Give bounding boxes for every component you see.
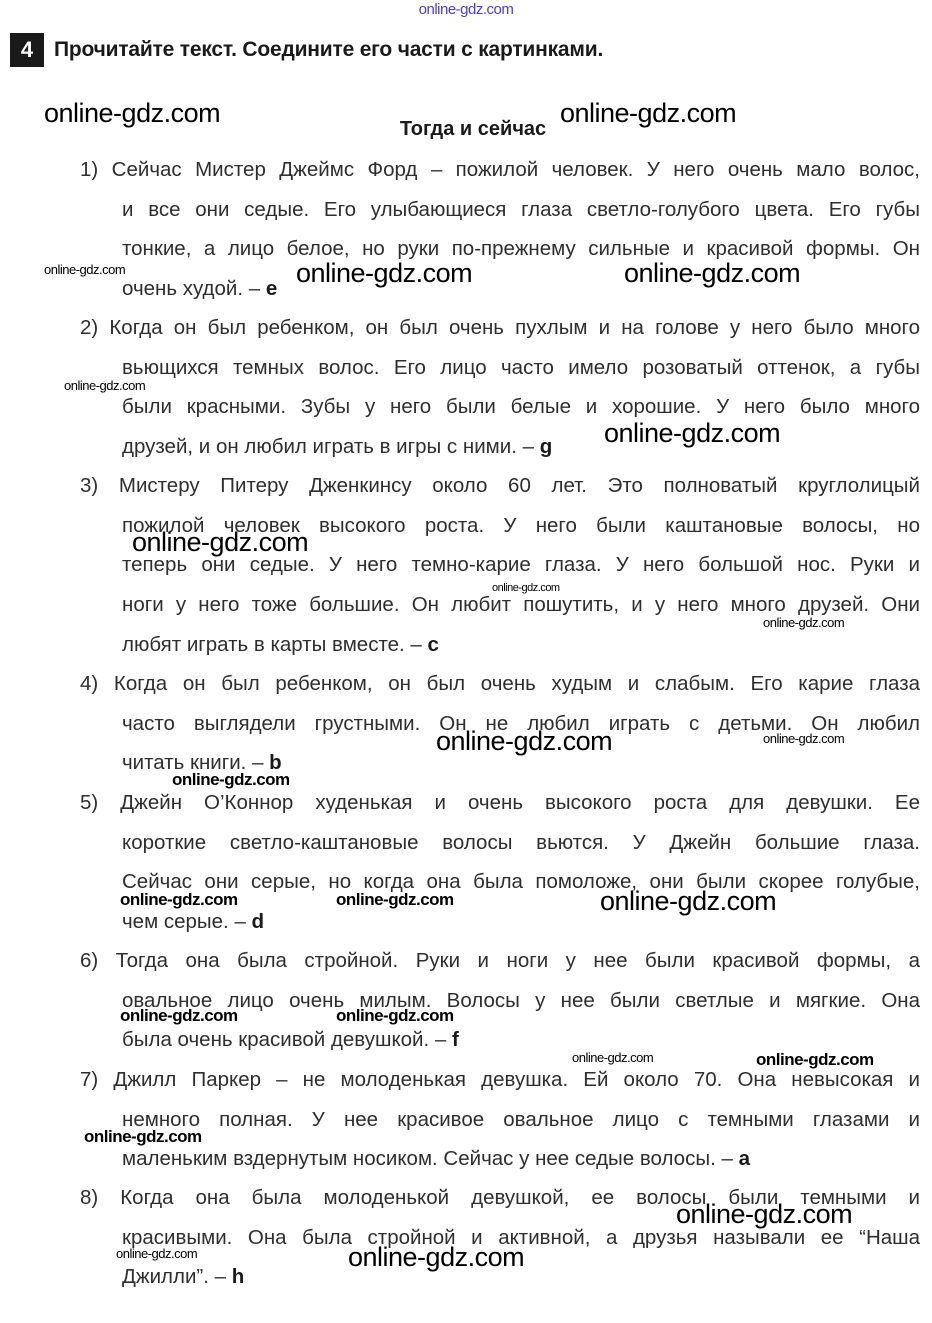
watermark: online-gdz.com [44,98,220,129]
paragraph-3: 3) Мистеру Питеру Дженкинсу около 60 лет… [80,471,920,669]
line-text: и все они седые. Его улыбающиеся глаза с… [122,198,920,221]
watermark: online-gdz.com [132,527,308,558]
line-text: была очень красивой девушкой. – [122,1028,452,1051]
watermark: online-gdz.com [336,1006,454,1026]
paragraph-line: 4) Когда он был ребенком, он был очень х… [80,669,920,709]
answer-letter: c [428,633,439,656]
paragraph-line: друзей, и он любил играть в игры с ними.… [80,432,920,472]
line-text: 1) Сейчас Мистер Джеймс Форд – пожилой ч… [80,158,920,181]
paragraph-line: и все они седые. Его улыбающиеся глаза с… [80,195,920,235]
answer-letter: g [540,435,553,458]
watermark: online-gdz.com [600,886,776,917]
watermark: online-gdz.com [116,1246,197,1261]
answer-letter: a [739,1147,750,1170]
answer-letter: e [266,277,277,300]
watermark: online-gdz.com [296,258,472,289]
watermark: online-gdz.com [64,378,145,393]
task-header: 4 Прочитайте текст. Соедините его части … [10,33,603,67]
task-instruction: Прочитайте текст. Соедините его части с … [54,38,603,62]
watermark: online-gdz.com [763,615,844,630]
answer-letter: f [452,1028,459,1051]
watermark: online-gdz.com [624,258,800,289]
paragraph-1: 1) Сейчас Мистер Джеймс Форд – пожилой ч… [80,155,920,314]
line-text: Джилли”. – [122,1265,232,1288]
watermark: online-gdz.com [44,262,125,277]
line-text: 3) Мистеру Питеру Дженкинсу около 60 лет… [80,474,920,497]
watermark: online-gdz.com [348,1242,524,1273]
paragraph-line: 1) Сейчас Мистер Джеймс Форд – пожилой ч… [80,155,920,195]
paragraph-7: 7) Джилл Паркер – не молоденькая девушка… [80,1065,920,1184]
line-text: короткие светло-каштановые волосы вьются… [122,831,920,854]
line-text: 2) Когда он был ребенком, он был очень п… [80,316,920,339]
paragraph-line: 3) Мистеру Питеру Дженкинсу около 60 лет… [80,471,920,511]
watermark: online-gdz.com [756,1050,874,1070]
line-text: любят играть в карты вместе. – [122,633,428,656]
watermark: online-gdz.com [436,726,612,757]
paragraph-line: были красными. Зубы у него были белые и … [80,392,920,432]
watermark: online-gdz.com [572,1050,653,1065]
line-text: очень худой. – [122,277,266,300]
watermark: online-gdz.com [84,1127,202,1147]
site-watermark-top: online-gdz.com [0,1,932,18]
line-text: 5) Джейн О’Коннор худенькая и очень высо… [80,791,920,814]
answer-letter: h [232,1265,245,1288]
watermark: online-gdz.com [604,418,780,449]
line-text: вьющихся темных волос. Его лицо часто им… [122,356,920,379]
watermark: online-gdz.com [120,1006,238,1026]
paragraph-line: вьющихся темных волос. Его лицо часто им… [80,353,920,393]
watermark: online-gdz.com [763,731,844,746]
line-text: немного полная. У нее красивое овальное … [122,1108,920,1131]
watermark: online-gdz.com [676,1199,852,1230]
paragraph-line: короткие светло-каштановые волосы вьются… [80,828,920,868]
paragraph-line: 2) Когда он был ребенком, он был очень п… [80,313,920,353]
line-text: чем серые. – [122,910,252,933]
line-text: Сейчас они серые, но когда она была помо… [122,870,920,893]
line-text: друзей, и он любил играть в игры с ними.… [122,435,540,458]
paragraph-2: 2) Когда он был ребенком, он был очень п… [80,313,920,472]
watermark: online-gdz.com [336,890,454,910]
paragraph-line: любят играть в карты вместе. – c [80,630,920,670]
paragraph-line: маленьким вздернутым носиком. Сейчас у н… [80,1144,920,1184]
line-text: 4) Когда он был ребенком, он был очень х… [80,672,920,695]
line-text: маленьким вздернутым носиком. Сейчас у н… [122,1147,739,1170]
watermark: online-gdz.com [560,98,736,129]
task-number-badge: 4 [10,33,44,67]
paragraph-line: 5) Джейн О’Коннор худенькая и очень высо… [80,788,920,828]
paragraph-5: 5) Джейн О’Коннор худенькая и очень высо… [80,788,920,947]
line-text: были красными. Зубы у него были белые и … [122,395,920,418]
line-text: 7) Джилл Паркер – не молоденькая девушка… [80,1068,920,1091]
line-text: тонкие, а лицо белое, но руки по-прежнем… [122,237,920,260]
paragraph-line: чем серые. – d [80,907,920,947]
answer-letter: d [252,910,265,933]
line-text: 6) Тогда она была стройной. Руки и ноги … [80,949,920,972]
paragraph-line: 6) Тогда она была стройной. Руки и ноги … [80,946,920,986]
line-text: овальное лицо очень милым. Волосы у нее … [122,989,920,1012]
watermark: online-gdz.com [120,890,238,910]
line-text: ноги у него тоже большие. Он любит пошут… [122,593,920,616]
paragraph-line: 7) Джилл Паркер – не молоденькая девушка… [80,1065,920,1105]
paragraph-line: немного полная. У нее красивое овальное … [80,1105,920,1145]
watermark: online-gdz.com [492,582,560,594]
watermark: online-gdz.com [172,770,290,790]
